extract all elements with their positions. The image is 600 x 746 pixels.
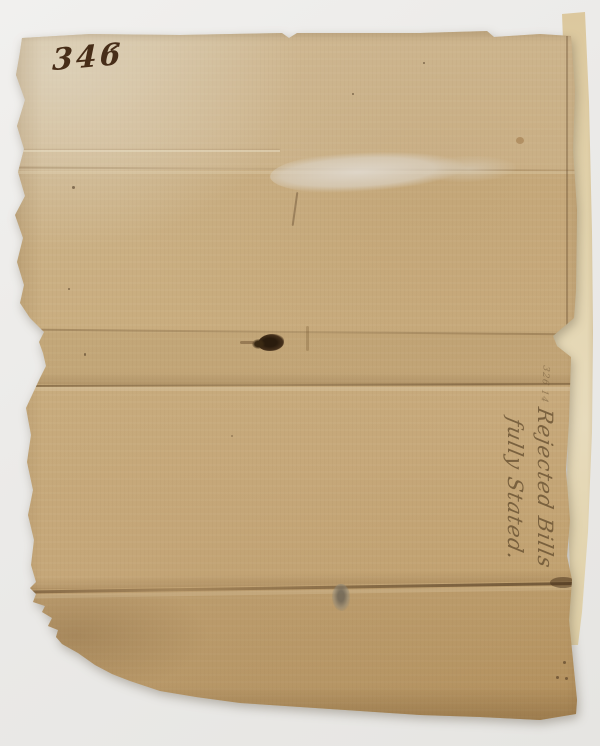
faint-vertical-mark: [306, 326, 309, 351]
bottom-left-tear-shading: [30, 595, 210, 695]
gray-stain: [332, 584, 350, 611]
ink-blot-tail: [240, 341, 254, 344]
small-crack-line: [292, 192, 299, 226]
docket-inscription: Rejected Bills fully Stated.: [496, 408, 560, 568]
paper-speck: [231, 435, 233, 437]
docket-line-2: fully Stated.: [500, 415, 530, 571]
ink-blot-lobe: [252, 339, 265, 349]
scan-background: 346 326 14 Rejected Bills fully Stated.: [0, 0, 600, 746]
paper-speck: [68, 288, 70, 290]
paper-speck: [516, 137, 524, 144]
document-paper: 346 326 14 Rejected Bills fully Stated.: [0, 0, 600, 746]
fold-crease-center-shadow: [0, 372, 600, 384]
paper-speck: [72, 186, 75, 189]
fold-crease-dark-spot: [550, 577, 576, 588]
fold-crease-center-light: [0, 387, 600, 391]
paper-shadow: 346 326 14 Rejected Bills fully Stated.: [0, 0, 600, 746]
ink-blot-stain: [252, 332, 286, 352]
paper-speck: [352, 93, 354, 95]
paper-speck: [565, 677, 568, 680]
page-number: 346: [52, 37, 124, 78]
vertical-crease-right: [566, 36, 568, 336]
docket-line-1: Rejected Bills: [530, 405, 560, 571]
upper-section-tint: [0, 0, 600, 170]
fold-crease-highlight: [15, 150, 280, 152]
paper-speck: [563, 661, 566, 664]
paper-speck: [556, 676, 559, 679]
paper-speck: [84, 353, 86, 356]
paper-speck: [423, 62, 425, 64]
